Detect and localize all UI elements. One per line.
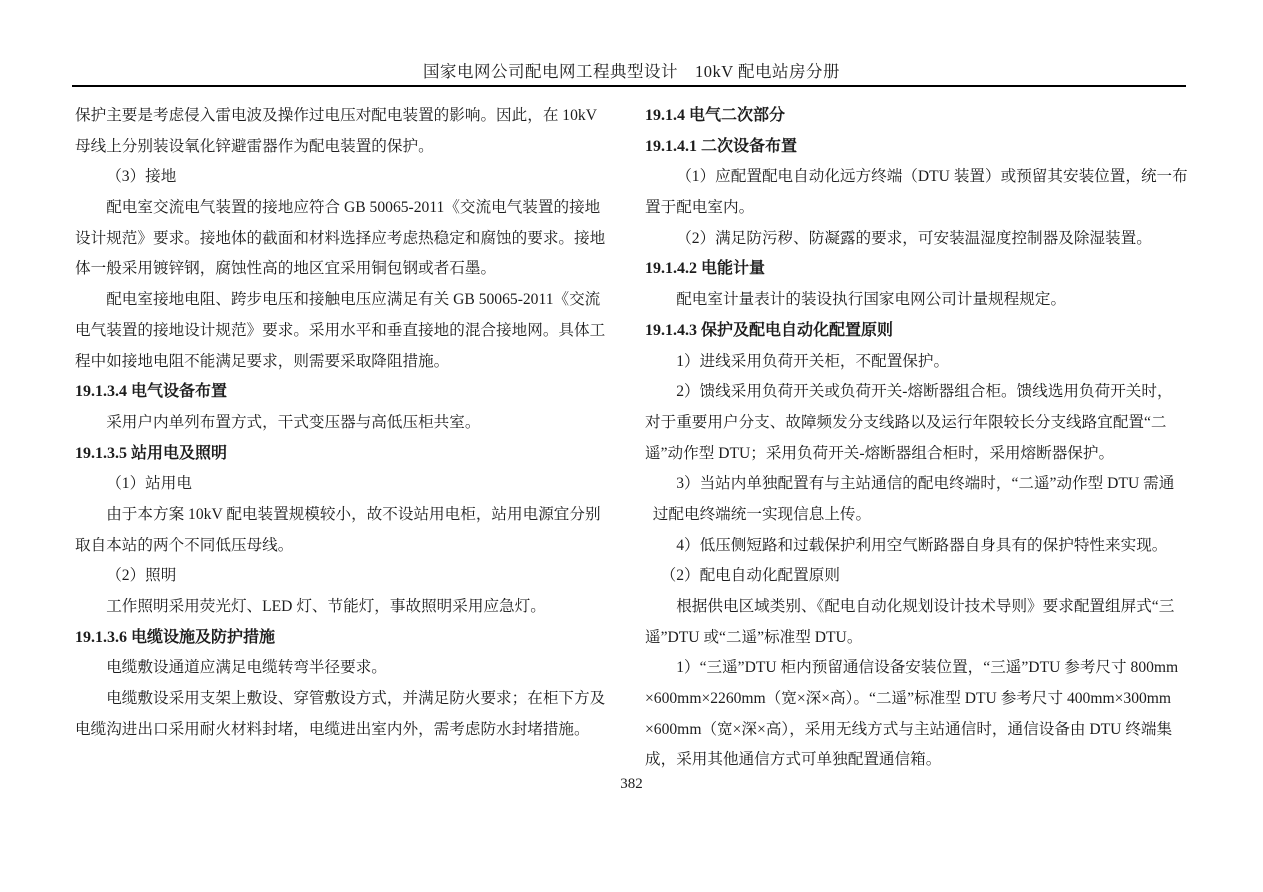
body-text-line: 电气装置的接地设计规范》要求。采用水平和垂直接地的混合接地网。具体工 — [75, 316, 623, 347]
body-text-line: 配电室交流电气装置的接地应符合 GB 50065-2011《交流电气装置的接地 — [75, 193, 623, 224]
body-text-line: 工作照明采用荧光灯、LED 灯、节能灯，事故照明采用应急灯。 — [75, 592, 623, 623]
section-heading-line: 19.1.3.5 站用电及照明 — [75, 439, 623, 470]
body-text-line: 成，采用其他通信方式可单独配置通信箱。 — [645, 745, 1193, 776]
body-text-line: 体一般采用镀锌钢，腐蚀性高的地区宜采用铜包钢或者石墨。 — [75, 254, 623, 285]
section-heading-line: 19.1.4 电气二次部分 — [645, 101, 1193, 132]
body-text-line: 程中如接地电阻不能满足要求，则需要采取降阻措施。 — [75, 347, 623, 378]
body-text-line: 2）馈线采用负荷开关或负荷开关-熔断器组合柜。馈线选用负荷开关时， — [645, 377, 1193, 408]
body-text-line: （1）站用电 — [75, 469, 623, 500]
section-heading-line: 19.1.3.4 电气设备布置 — [75, 377, 623, 408]
body-text-line: 过配电终端统一实现信息上传。 — [645, 500, 1193, 531]
body-text-line: 采用户内单列布置方式，干式变压器与高低压柜共室。 — [75, 408, 623, 439]
body-text-line: 置于配电室内。 — [645, 193, 1193, 224]
section-heading-line: 19.1.4.3 保护及配电自动化配置原则 — [645, 316, 1193, 347]
body-text-line: 保护主要是考虑侵入雷电波及操作过电压对配电装置的影响。因此，在 10kV — [75, 101, 623, 132]
body-text-line: 电缆沟进出口采用耐火材料封堵，电缆进出室内外，需考虑防水封堵措施。 — [75, 715, 623, 746]
body-text-line: 1）进线采用负荷开关柜，不配置保护。 — [645, 347, 1193, 378]
body-text-line: 配电室接地电阻、跨步电压和接触电压应满足有关 GB 50065-2011《交流 — [75, 285, 623, 316]
text-column-left: 保护主要是考虑侵入雷电波及操作过电压对配电装置的影响。因此，在 10kV母线上分… — [75, 101, 623, 745]
body-text-line: （2）照明 — [75, 561, 623, 592]
body-text-line: 设计规范》要求。接地体的截面和材料选择应考虑热稳定和腐蚀的要求。接地 — [75, 224, 623, 255]
body-text-line: 电缆敷设通道应满足电缆转弯半径要求。 — [75, 653, 623, 684]
section-heading-line: 19.1.4.2 电能计量 — [645, 254, 1193, 285]
section-heading-line: 19.1.3.6 电缆设施及防护措施 — [75, 623, 623, 654]
text-column-right: 19.1.4 电气二次部分19.1.4.1 二次设备布置（1）应配置配电自动化远… — [645, 101, 1193, 776]
body-text-line: （3）接地 — [75, 162, 623, 193]
body-text-line: ×600mm（宽×深×高），采用无线方式与主站通信时，通信设备由 DTU 终端集 — [645, 715, 1193, 746]
body-text-line: 对于重要用户分支、故障频发分支线路以及运行年限较长分支线路宜配置“二 — [645, 408, 1193, 439]
body-text-line: 3）当站内单独配置有与主站通信的配电终端时，“二遥”动作型 DTU 需通 — [645, 469, 1193, 500]
page-header-title: 国家电网公司配电网工程典型设计 10kV 配电站房分册 — [0, 58, 1263, 82]
body-text-line: 电缆敷设采用支架上敷设、穿管敷设方式，并满足防火要求；在柜下方及 — [75, 684, 623, 715]
body-text-line: ×600mm×2260mm（宽×深×高）。“二遥”标准型 DTU 参考尺寸 40… — [645, 684, 1193, 715]
body-text-line: 由于本方案 10kV 配电装置规模较小，故不设站用电柜，站用电源宜分别 — [75, 500, 623, 531]
page-number: 382 — [0, 776, 1263, 793]
body-text-line: （1）应配置配电自动化远方终端（DTU 装置）或预留其安装位置，统一布 — [645, 162, 1193, 193]
body-text-line: 遥”DTU 或“二遥”标准型 DTU。 — [645, 623, 1193, 654]
body-text-line: 取自本站的两个不同低压母线。 — [75, 531, 623, 562]
body-text-line: （2）满足防污秽、防凝露的要求，可安装温湿度控制器及除湿装置。 — [645, 224, 1193, 255]
body-text-line: （2）配电自动化配置原则 — [645, 561, 1193, 592]
body-text-line: 配电室计量表计的装设执行国家电网公司计量规程规定。 — [645, 285, 1193, 316]
body-text-line: 根据供电区域类别、《配电自动化规划设计技术导则》要求配置组屏式“三 — [645, 592, 1193, 623]
section-heading-line: 19.1.4.1 二次设备布置 — [645, 132, 1193, 163]
header-divider-rule — [72, 85, 1186, 87]
document-page: 国家电网公司配电网工程典型设计 10kV 配电站房分册 保护主要是考虑侵入雷电波… — [0, 0, 1263, 892]
body-text-line: 母线上分别装设氧化锌避雷器作为配电装置的保护。 — [75, 132, 623, 163]
body-text-line: 1）“三遥”DTU 柜内预留通信设备安装位置，“三遥”DTU 参考尺寸 800m… — [645, 653, 1193, 684]
body-text-line: 遥”动作型 DTU；采用负荷开关-熔断器组合柜时，采用熔断器保护。 — [645, 439, 1193, 470]
body-text-line: 4）低压侧短路和过载保护利用空气断路器自身具有的保护特性来实现。 — [645, 531, 1193, 562]
